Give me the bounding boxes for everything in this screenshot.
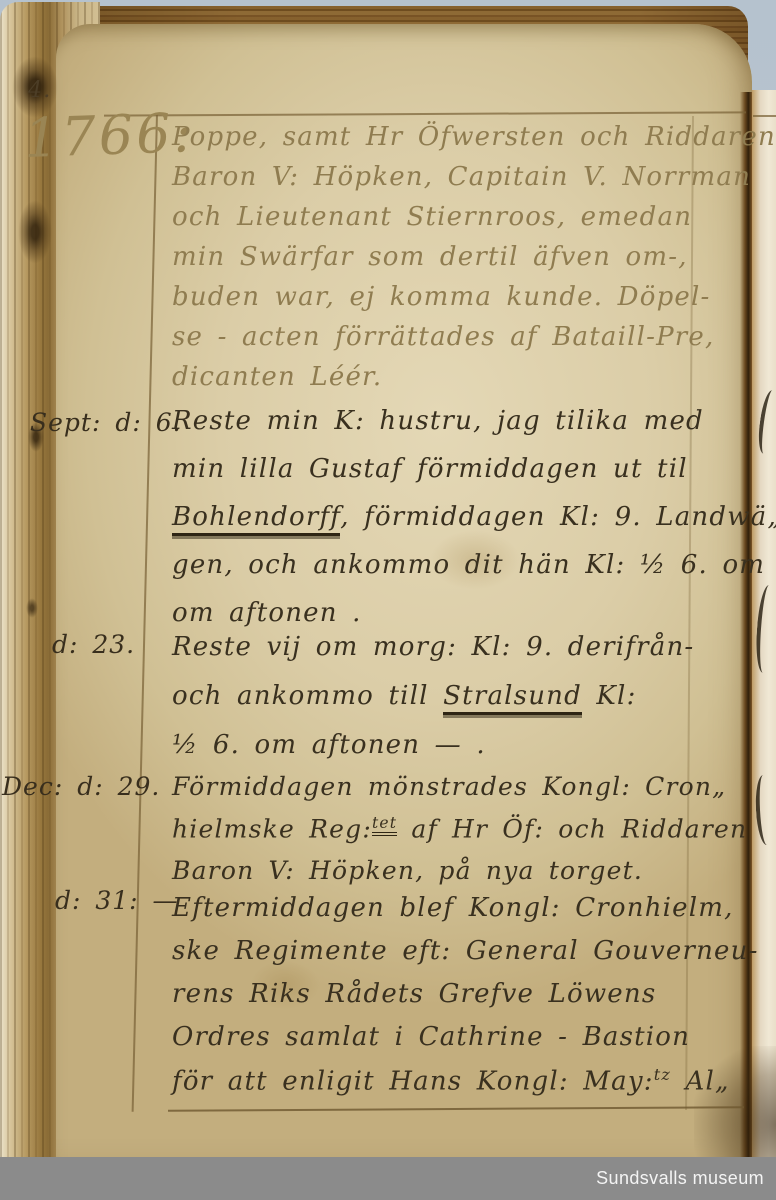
entry-line: min lilla Gustaf förmiddagen ut til xyxy=(172,454,747,502)
entry-line: rens Riks Rådets Grefve Löwens xyxy=(172,979,747,1022)
spine-ink-mark xyxy=(26,598,38,618)
diary-entry-23: Reste vij om morg: Kl: 9. derifrån- och … xyxy=(172,632,747,779)
entry-line: gen, och ankommo dit hän Kl: ½ 6. om xyxy=(172,550,747,598)
entry-line-pre: för att enligit Hans Kongl: May: xyxy=(172,1067,654,1097)
diary-entry-dec-29: Förmiddagen mönstrades Kongl: Cron„ hiel… xyxy=(172,772,747,898)
entry-line: min Swärfar som dertil äfven om-, xyxy=(172,242,747,282)
margin-date-23: d: 23. xyxy=(52,630,135,659)
entry-line: Bohlendorff, förmiddagen Kl: 9. Landwä„ xyxy=(172,502,747,550)
entry-line: Reste vij om morg: Kl: 9. derifrån- xyxy=(172,632,747,681)
entry-line: Eftermiddagen blef Kongl: Cronhielm, xyxy=(172,893,747,936)
diary-entry-1766: Poppe, samt Hr Öfwersten och Riddaren Ba… xyxy=(172,122,747,402)
diary-entry-dec-31: Eftermiddagen blef Kongl: Cronhielm, ske… xyxy=(172,893,747,1108)
entry-line-rest: Al„ xyxy=(671,1067,730,1097)
entry-line-rest: , förmiddagen Kl: 9. Landwä„ xyxy=(340,502,776,532)
entry-line: hielmske Reg:tet af Hr Öf: och Riddaren xyxy=(172,814,747,856)
superscript-majestat-abbrev: tz xyxy=(654,1065,671,1084)
entry-line: buden war, ej komma kunde. Döpel- xyxy=(172,282,747,322)
museum-credit-text: Sundsvalls museum xyxy=(596,1168,776,1189)
entry-line: Reste min K: hustru, jag tilika med xyxy=(172,406,747,454)
margin-date-dec-29: Dec: d: 29. xyxy=(2,772,160,801)
manuscript-photo: 4. 1766: Poppe, samt Hr Öfwersten och Ri… xyxy=(0,0,776,1200)
entry-line: Poppe, samt Hr Öfwersten och Riddaren xyxy=(172,122,747,162)
year-heading: 1766: xyxy=(23,101,196,170)
entry-line: Ordres samlat i Cathrine - Bastion xyxy=(172,1022,747,1065)
entry-line-rest: Kl: xyxy=(582,681,637,711)
entry-line: Baron V: Höpken, på nya torget. xyxy=(172,856,747,898)
entry-line: dicanten Léér. xyxy=(172,362,747,402)
entry-line: Förmiddagen mönstrades Kongl: Cron„ xyxy=(172,772,747,814)
frame-rule-top-next-page xyxy=(753,115,776,117)
entry-line-pre: och ankommo till xyxy=(172,681,443,711)
entry-line: och ankommo till Stralsund Kl: xyxy=(172,681,747,730)
entry-line: för att enligit Hans Kongl: May:tz Al„ xyxy=(172,1065,747,1108)
spine-ink-mark xyxy=(18,200,52,264)
museum-credit-bar: Sundsvalls museum xyxy=(0,1157,776,1200)
entry-line: ske Regimente eft: General Gouverneu- xyxy=(172,936,747,979)
superscript-regiment-abbrev: tet xyxy=(372,814,397,836)
diary-entry-sept-6: Reste min K: hustru, jag tilika med min … xyxy=(172,406,747,646)
entry-line: och Lieutenant Stiernroos, emedan xyxy=(172,202,747,242)
underlined-place-stralsund: Stralsund xyxy=(443,681,582,715)
entry-line: se - acten förrättades af Bataill-Pre, xyxy=(172,322,747,362)
entry-line: Baron V: Höpken, Capitain V. Norrman xyxy=(172,162,747,202)
underlined-place-bohlendorff: Bohlendorff xyxy=(172,502,340,536)
page-number: 4. xyxy=(28,78,51,103)
margin-date-sept-6: Sept: d: 6. xyxy=(30,408,182,437)
entry-line-pre: hielmske Reg: xyxy=(172,814,372,843)
entry-line-rest: af Hr Öf: och Riddaren xyxy=(397,814,747,843)
margin-date-31: d: 31: — xyxy=(55,886,179,915)
